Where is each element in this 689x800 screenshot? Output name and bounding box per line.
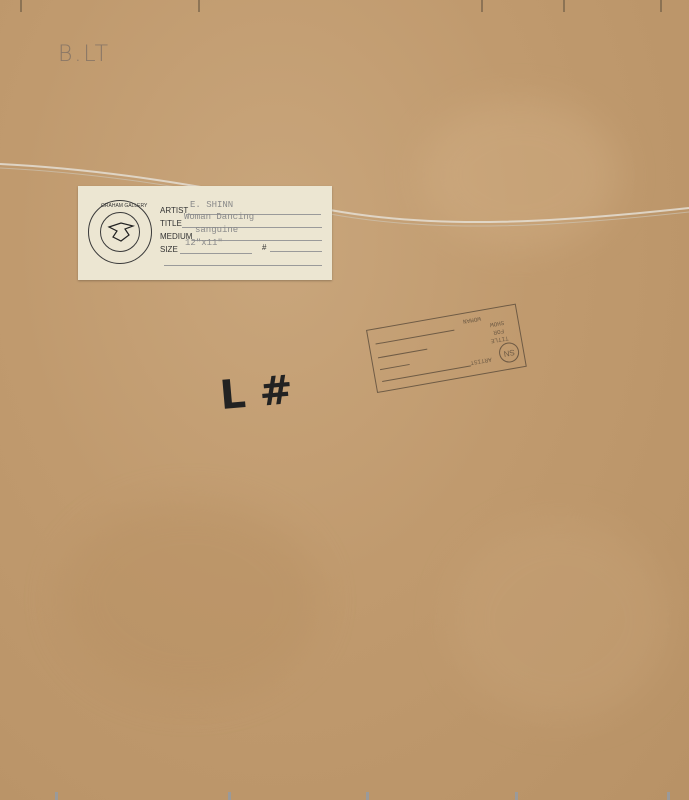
size-label: SIZE (160, 245, 178, 254)
rubber-stamp: WOMAN SHOW FOR TITLE ARTIST SN (366, 304, 527, 393)
frame-nail (55, 792, 58, 800)
stamp-line: WOMAN (462, 315, 481, 325)
paper-stain (60, 500, 320, 700)
seal-text-top: GRAHAM GALLERY (101, 203, 147, 209)
gallery-seal-icon: GRAHAM GALLERY (88, 200, 152, 264)
paper-stain (420, 100, 620, 250)
staple (660, 0, 662, 12)
size-value: 12"x11" (185, 238, 223, 248)
backing-board: B.LT GRAHAM GALLERY ARTIST E. SHINN TITL… (0, 0, 689, 800)
title-value: Woman Dancing (184, 212, 254, 222)
stamp-line: ARTIST (470, 356, 492, 367)
staple (198, 0, 200, 12)
frame-nail (515, 792, 518, 800)
number-label: # (262, 243, 266, 252)
title-label: TITLE (160, 219, 182, 228)
pencil-inscription: B.LT (58, 42, 110, 67)
staple (20, 0, 22, 12)
stamp-monogram: SN (497, 341, 520, 364)
paper-stain (450, 520, 670, 720)
eagle-icon (107, 221, 135, 245)
staple (563, 0, 565, 12)
gallery-label: GRAHAM GALLERY ARTIST E. SHINN TITLE Wom… (78, 186, 332, 280)
marker-inscription: L # (218, 367, 295, 419)
frame-nail (667, 792, 670, 800)
frame-nail (228, 792, 231, 800)
artist-value: E. SHINN (190, 200, 233, 210)
frame-nail (366, 792, 369, 800)
medium-value: sanguine (195, 225, 238, 235)
staple (481, 0, 483, 12)
